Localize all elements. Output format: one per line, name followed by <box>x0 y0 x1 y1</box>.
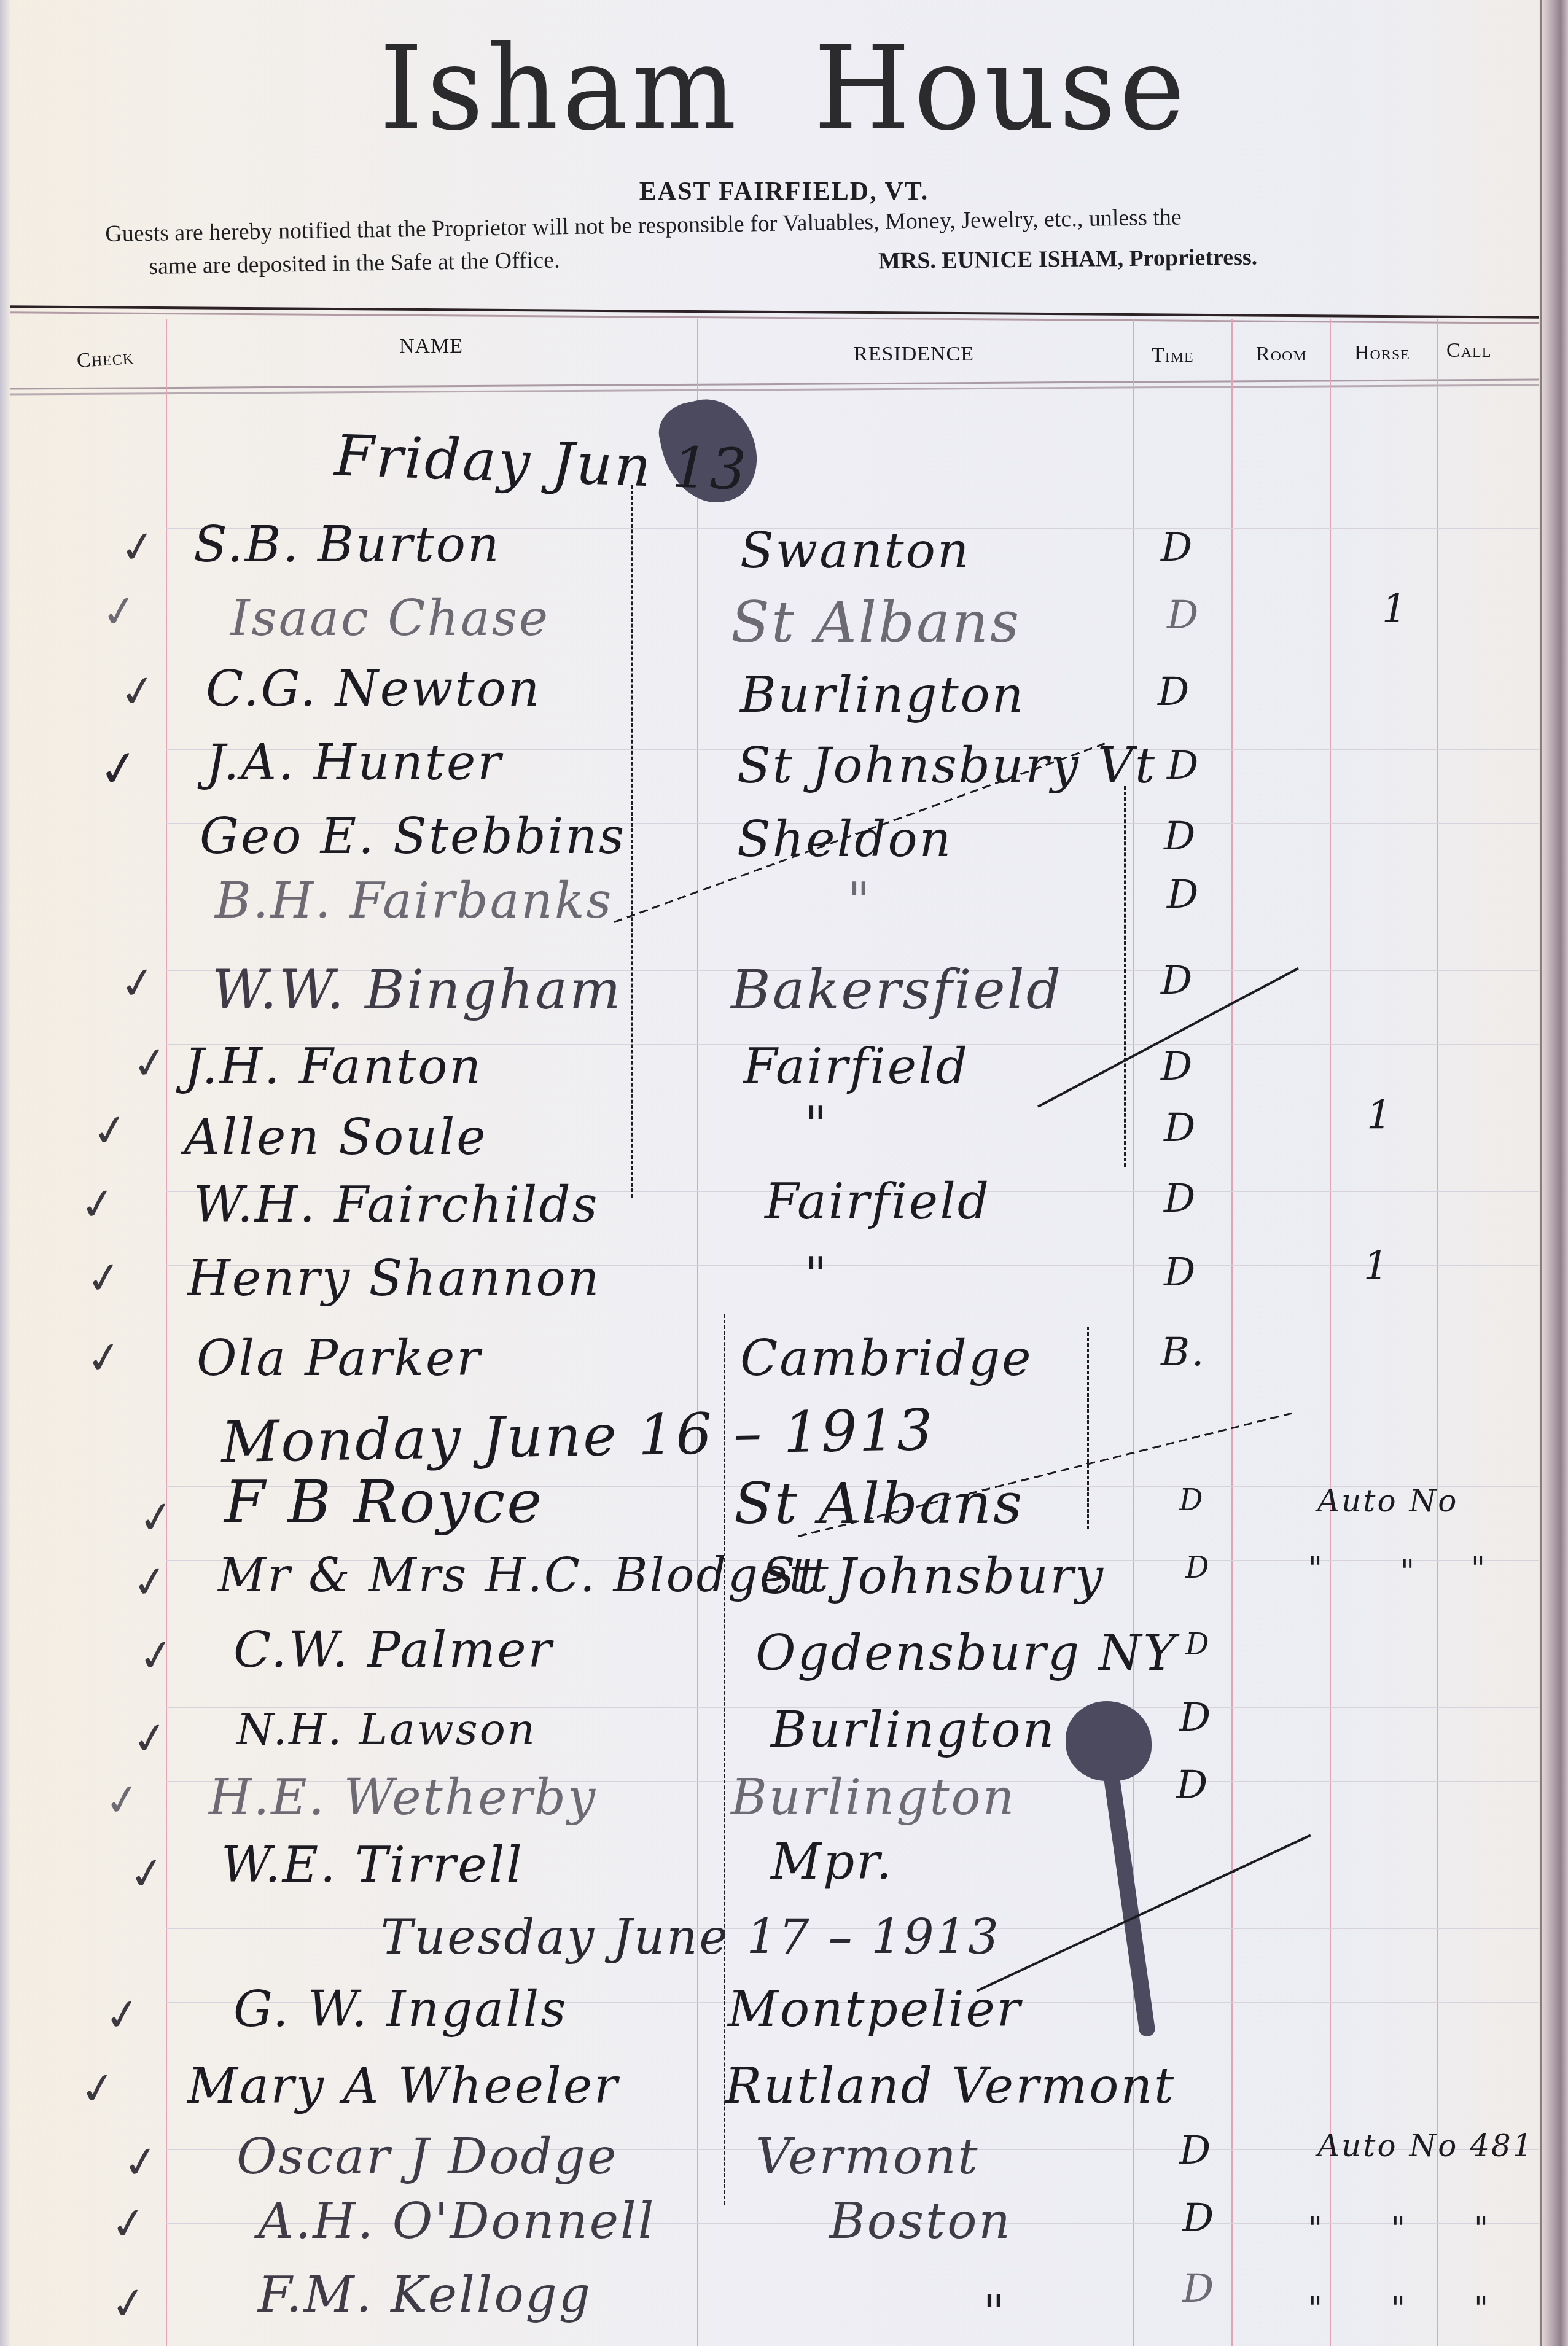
guest-name: S.B. Burton <box>193 516 501 573</box>
column-header-residence: RESIDENCE <box>854 343 974 366</box>
column-header-horse: Horse <box>1354 341 1410 365</box>
guest-time: D <box>1182 2266 1215 2312</box>
guest-name: C.W. Palmer <box>233 1621 553 1678</box>
header-top-rule <box>10 305 1539 324</box>
check-mark[interactable]: ✓ <box>83 1250 125 1305</box>
guest-residence: Ogdensburg NY <box>755 1624 1177 1682</box>
hotel-location: EAST FAIRFIELD, VT. <box>0 177 1568 206</box>
ink-blot-drip <box>1102 1767 1156 2037</box>
guest-time: D <box>1161 1044 1194 1089</box>
guest-residence: " <box>805 1247 829 1304</box>
column-divider-room-horse <box>1330 319 1331 2346</box>
proprietress-signature: MRS. EUNICE ISHAM, Proprietress. <box>878 244 1258 275</box>
check-mark[interactable]: ✓ <box>135 1490 177 1545</box>
guest-time: D <box>1158 669 1191 715</box>
guest-residence: Boston <box>829 2192 1012 2250</box>
check-mark[interactable]: ✓ <box>107 2196 150 2251</box>
guest-name: C.G. Newton <box>206 660 541 717</box>
guest-name: W.E. Tirrell <box>221 1836 524 1893</box>
column-divider-residence-time <box>1133 319 1134 2346</box>
column-header-check: Check <box>76 346 135 373</box>
guest-residence: St Johnsbury <box>762 1548 1105 1605</box>
guest-residence: Rutland Vermont <box>725 2057 1176 2114</box>
guest-notice: Guests are hereby notified that the Prop… <box>104 158 1443 179</box>
notice-line-2: same are deposited in the Safe at the Of… <box>149 243 560 283</box>
check-mark[interactable]: ✓ <box>129 1711 171 1766</box>
guest-residence: Bakersfield <box>731 958 1063 1021</box>
guest-horse: 1 <box>1363 1244 1391 1289</box>
guest-name: A.H. O'Donnell <box>258 2192 655 2250</box>
guest-name: H.E. Wetherby <box>209 1769 597 1826</box>
dashed-pencil-line <box>1124 786 1126 1167</box>
section-date-tuesday: Tuesday June 17 – 1913 <box>381 1910 1000 1965</box>
guest-name: W.W. Bingham <box>212 958 622 1021</box>
guest-name: N.H. Lawson <box>236 1704 537 1755</box>
check-mark[interactable]: ✓ <box>89 1103 131 1158</box>
check-mark[interactable]: ✓ <box>117 664 159 719</box>
guest-residence: " <box>983 2285 1007 2342</box>
column-divider-name-residence <box>697 319 698 2346</box>
guest-residence: St Johnsbury Vt <box>737 737 1156 794</box>
title-word-house: House <box>814 21 1188 156</box>
column-divider-check-name <box>166 319 167 2346</box>
check-mark[interactable]: ✓ <box>77 2061 119 2116</box>
guest-time: D <box>1185 1551 1211 1585</box>
guest-name: G. W. Ingalls <box>233 1981 568 2038</box>
guest-call: " <box>1471 1551 1487 1586</box>
guest-time: D <box>1179 2128 1212 2173</box>
guest-time: D <box>1176 1763 1209 1808</box>
guest-time: D <box>1167 593 1200 638</box>
guest-residence: Sheldon <box>737 811 953 868</box>
guest-time: D <box>1179 1695 1212 1740</box>
dashed-pencil-line <box>631 485 633 1198</box>
guest-horse: " <box>1391 2291 1407 2326</box>
check-mark[interactable]: ✓ <box>98 584 141 639</box>
guest-time: B. <box>1161 1330 1206 1375</box>
guest-residence: St Albans <box>734 1471 1024 1537</box>
guest-time: D <box>1164 1250 1197 1295</box>
check-mark[interactable]: ✓ <box>101 1772 144 1827</box>
guest-horse: " <box>1391 2211 1407 2247</box>
check-mark[interactable]: ✓ <box>107 2276 150 2331</box>
guest-residence: St Albans <box>731 590 1021 655</box>
guest-horse: 1 <box>1382 586 1409 632</box>
guest-name: Mr & Mrs H.C. Blodgett <box>218 1548 830 1602</box>
guest-name: J.A. Hunter <box>206 734 502 791</box>
guest-horse: " <box>1400 1554 1416 1589</box>
column-header-room: Room <box>1256 343 1307 366</box>
guest-time: D <box>1164 1176 1197 1222</box>
guest-name: B.H. Fairbanks <box>215 872 613 929</box>
check-mark[interactable]: ✓ <box>129 1554 171 1609</box>
guest-name: J.H. Fanton <box>184 1038 483 1095</box>
check-mark[interactable]: ✓ <box>129 1035 171 1090</box>
guest-name: F B Royce <box>224 1468 544 1537</box>
guest-residence: Fairfield <box>765 1173 991 1230</box>
guest-name: Henry Shannon <box>187 1250 601 1307</box>
guest-name: Mary A Wheeler <box>187 2057 619 2114</box>
guest-name: Isaac Chase <box>230 590 550 647</box>
header-bottom-rule <box>10 378 1539 395</box>
guest-call: " <box>1474 2291 1490 2326</box>
title-word-isham: Isham <box>380 21 740 156</box>
column-header-call: Call <box>1446 339 1491 362</box>
guest-time: D <box>1164 814 1197 859</box>
guest-name: Oscar J Dodge <box>236 2128 618 2185</box>
guest-name: W.H. Fairchilds <box>193 1176 599 1233</box>
guest-residence: Swanton <box>740 522 970 579</box>
check-mark[interactable]: ✓ <box>126 1846 168 1901</box>
guest-room: " <box>1308 1551 1324 1586</box>
guest-horse: 1 <box>1367 1093 1394 1139</box>
check-mark[interactable]: ✓ <box>95 738 143 800</box>
guest-time: D <box>1167 743 1200 789</box>
guest-residence: Burlington <box>771 1701 1056 1758</box>
guest-residence: Burlington <box>731 1769 1016 1826</box>
check-mark[interactable]: ✓ <box>117 520 159 574</box>
guest-name: F.M. Kellogg <box>258 2266 592 2323</box>
check-mark[interactable]: ✓ <box>77 1177 119 1231</box>
check-mark[interactable]: ✓ <box>120 2135 162 2189</box>
guest-name: Geo E. Stebbins <box>200 808 626 865</box>
guest-residence: Cambridge <box>740 1330 1033 1387</box>
page-title: IshamHouse <box>0 21 1568 156</box>
guest-time: D <box>1167 872 1200 918</box>
guest-residence: Montpelier <box>728 1981 1022 2038</box>
check-mark[interactable]: ✓ <box>135 1628 177 1683</box>
guest-residence: " <box>848 872 872 929</box>
guest-room: " <box>1308 2211 1324 2247</box>
column-header-name: NAME <box>399 335 463 358</box>
guest-call: " <box>1474 2211 1490 2247</box>
guest-residence: Fairfield <box>743 1038 969 1095</box>
check-mark[interactable]: ✓ <box>117 956 159 1010</box>
book-spine <box>1539 0 1568 2346</box>
column-header-time: Time <box>1152 344 1194 367</box>
page-left-edge <box>0 0 10 2346</box>
guest-time: D <box>1179 1483 1204 1518</box>
guest-residence: Vermont <box>755 2128 980 2185</box>
check-mark[interactable]: ✓ <box>83 1330 125 1385</box>
guest-residence: " <box>805 1096 829 1153</box>
guest-name: Ola Parker <box>197 1330 482 1387</box>
guest-time: D <box>1182 2196 1215 2241</box>
guest-residence: Burlington <box>740 666 1025 723</box>
guest-time: D <box>1164 1105 1197 1151</box>
guest-residence: Mpr. <box>771 1833 894 1890</box>
section-date-monday: Monday June 16 – 1913 <box>220 1397 935 1475</box>
guest-time: D <box>1161 958 1194 1003</box>
guest-name: Allen Soule <box>184 1109 488 1166</box>
column-divider-horse-call <box>1437 319 1438 2346</box>
notice-line-1: Guests are hereby notified that the Prop… <box>105 200 1182 251</box>
guest-room: " <box>1308 2291 1324 2326</box>
dashed-pencil-line <box>1087 1327 1089 1529</box>
page-edge-line <box>1540 0 1542 2346</box>
register-page: IshamHouse EAST FAIRFIELD, VT. Guests ar… <box>0 0 1568 2346</box>
guest-time: D <box>1161 525 1194 571</box>
check-mark[interactable]: ✓ <box>101 1987 144 2042</box>
guest-time: D <box>1185 1627 1211 1662</box>
guest-horse: Auto No <box>1317 1483 1458 1519</box>
column-divider-time-room <box>1231 319 1233 2346</box>
section-date-friday: Friday Jun 13 <box>333 423 749 502</box>
guest-horse: Auto No 481 <box>1317 2128 1534 2164</box>
